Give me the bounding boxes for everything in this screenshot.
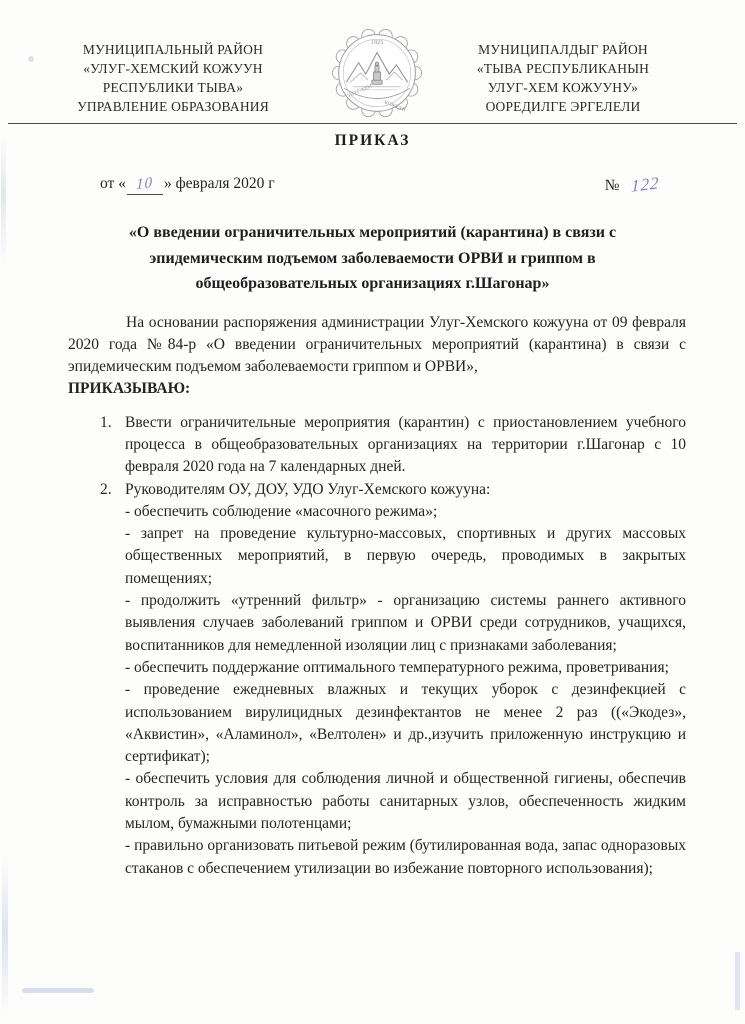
- date-suffix: » февраля 2020 г: [164, 175, 275, 192]
- item-number: 2.: [100, 479, 125, 501]
- org-right-line4: ООРЕДИЛГЕ ЭРГЕЛЕЛИ: [449, 97, 677, 116]
- number-sign: №: [605, 177, 621, 194]
- seal-year: 1923: [370, 40, 382, 46]
- org-left-line1: МУНИЦИПАЛЬНЫЙ РАЙОН: [42, 40, 304, 59]
- date-prefix: от «: [100, 175, 126, 192]
- sub-bullet: - запрет на проведение культурно-массовы…: [125, 523, 686, 590]
- sub-bullet: - обеспечить поддержание оптимального те…: [125, 657, 686, 679]
- list-item: 2. Руководителям ОУ, ДОУ, УДО Улуг-Хемск…: [100, 479, 686, 501]
- letterhead: МУНИЦИПАЛЬНЫЙ РАЙОН «УЛУГ-ХЕМСКИЙ КОЖУУН…: [0, 0, 745, 119]
- list-item: 1. Ввести ограничительные мероприятия (к…: [100, 412, 686, 479]
- directives-list: 1. Ввести ограничительные мероприятия (к…: [100, 412, 686, 880]
- item-number: 1.: [100, 412, 125, 479]
- date-blank: 10: [127, 175, 163, 195]
- item-text: Руководителям ОУ, ДОУ, УДО Улуг-Хемского…: [125, 479, 686, 501]
- scan-artifact: [1, 135, 6, 265]
- org-left-line3: РЕСПУБЛИКИ ТЫВА»: [42, 78, 304, 97]
- handwritten-number: 122: [630, 173, 659, 197]
- sub-bullet: - проведение ежедневных влажных и текущи…: [125, 679, 686, 768]
- date-number-row: от «10» февраля 2020 г №122: [100, 175, 659, 195]
- scan-artifact: [2, 855, 8, 1015]
- date-line: от «10» февраля 2020 г: [100, 175, 275, 195]
- scanned-order-document: МУНИЦИПАЛЬНЫЙ РАЙОН «УЛУГ-ХЕМСКИЙ КОЖУУН…: [0, 0, 745, 1024]
- organization-name-tuvan: МУНИЦИПАЛДЫГ РАЙОН «ТЫВА РЕСПУБЛИКАНЫН У…: [449, 40, 677, 116]
- item-text: Ввести ограничительные мероприятия (кара…: [125, 412, 686, 479]
- org-left-line2: «УЛУГ-ХЕМСКИЙ КОЖУУН: [42, 59, 304, 78]
- sub-bullet-list: - обеспечить соблюдение «масочного режим…: [125, 501, 686, 880]
- preamble-paragraph: На основании распоряжения администрации …: [68, 312, 686, 379]
- organization-name-russian: МУНИЦИПАЛЬНЫЙ РАЙОН «УЛУГ-ХЕМСКИЙ КОЖУУН…: [42, 40, 304, 116]
- coat-of-arms-seal-icon: 1923 УЛУГ-ХЕМ КОЖУУН: [331, 27, 423, 119]
- document-type-heading: ПРИКАЗ: [0, 132, 745, 150]
- scan-artifact: [22, 988, 94, 993]
- org-left-line4: УПРАВЛЕНИЕ ОБРАЗОВАНИЯ: [42, 97, 304, 116]
- letterhead-divider: [8, 123, 737, 124]
- org-right-line3: УЛУГ-ХЕМ КОЖУУНУ»: [449, 78, 677, 97]
- order-number: №122: [605, 175, 659, 195]
- scan-artifact: [735, 952, 740, 1010]
- handwritten-day: 10: [136, 175, 153, 194]
- sub-bullet: - обеспечить условия для соблюдения личн…: [125, 768, 686, 835]
- sub-bullet: - продолжить «утренний фильтр» - организ…: [125, 590, 686, 657]
- order-title: «О введении ограничительных мероприятий …: [84, 220, 662, 297]
- org-right-line1: МУНИЦИПАЛДЫГ РАЙОН: [449, 40, 677, 59]
- org-right-line2: «ТЫВА РЕСПУБЛИКАНЫН: [449, 59, 677, 78]
- sub-bullet: - обеспечить соблюдение «масочного режим…: [125, 501, 686, 523]
- sub-bullet: - правильно организовать питьевой режим …: [125, 835, 686, 880]
- decree-word: ПРИКАЗЫВАЮ:: [68, 378, 686, 400]
